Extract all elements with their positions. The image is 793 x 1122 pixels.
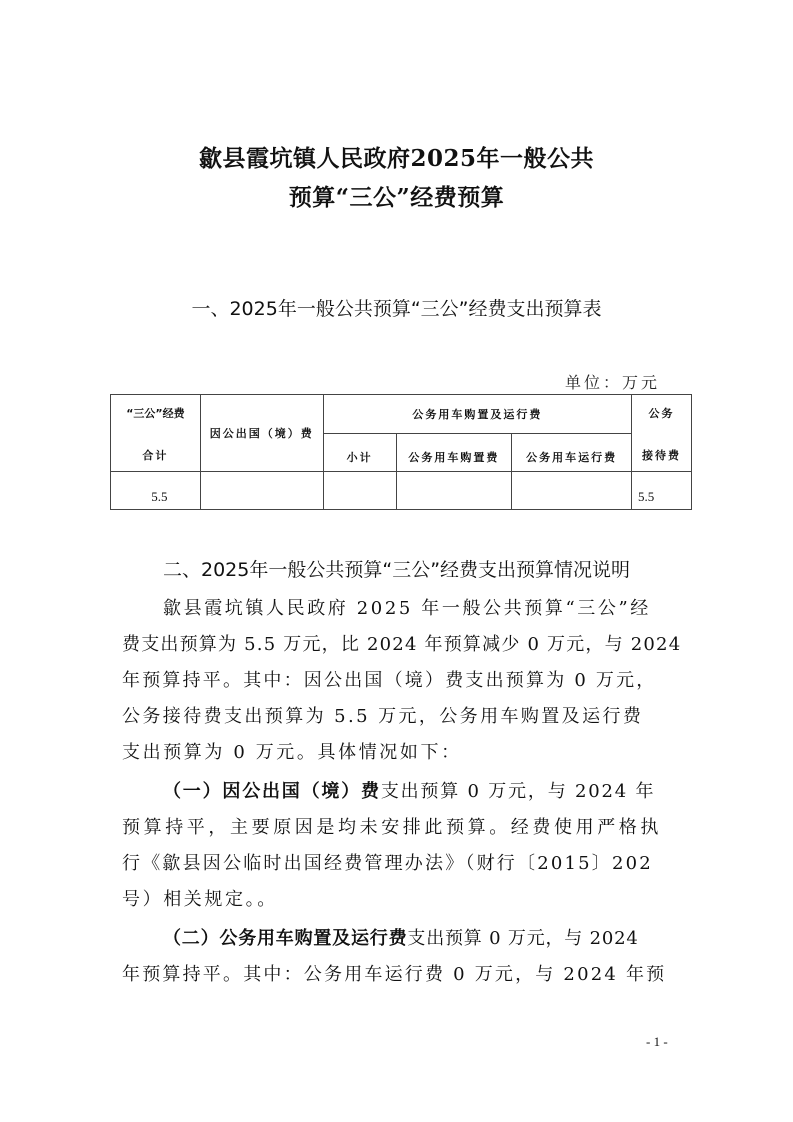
cell-overseas xyxy=(200,472,323,510)
item-1-line: （一）因公出国（境）费支出预算 0 万元，与 2024 年 xyxy=(163,777,678,803)
header-total-line1: “三公”经费 xyxy=(111,405,200,421)
table-row: 5.5 5.5 xyxy=(111,472,692,510)
body-line-7: 行《歙县因公临时出国经费管理办法》（财行〔2015〕202 xyxy=(122,849,678,875)
cell-vehicle-purchase xyxy=(396,472,512,510)
header-total: “三公”经费 合计 xyxy=(111,395,201,472)
cell-reception: 5.5 xyxy=(632,472,692,510)
header-overseas: 因公出国（境）费 xyxy=(200,395,323,472)
header-reception: 公务 接待费 xyxy=(632,395,692,472)
section-1-heading: 一、2025年一般公共预算“三公”经费支出预算表 xyxy=(0,294,793,321)
cell-subtotal xyxy=(323,472,396,510)
document-title-line-2: 预算“三公”经费预算 xyxy=(0,179,793,212)
unit-label: 单位：万元 xyxy=(565,370,660,393)
budget-table: “三公”经费 合计 因公出国（境）费 公务用车购置及运行费 公务 接待费 小计 … xyxy=(110,394,692,510)
body-line-5: 支出预算为 0 万元。具体情况如下： xyxy=(122,738,678,764)
item-2-text: 支出预算 0 万元，与 2024 xyxy=(407,928,638,949)
header-vehicle-group: 公务用车购置及运行费 xyxy=(323,395,631,434)
body-line-3: 年预算持平。其中：因公出国（境）费支出预算为 0 万元， xyxy=(122,666,678,692)
item-2-heading: （二）公务用车购置及运行费 xyxy=(163,928,407,949)
header-reception-line1: 公务 xyxy=(632,405,691,421)
body-line-6: 预算持平，主要原因是均未安排此预算。经费使用严格执 xyxy=(122,813,678,839)
body-line-9: 年预算持平。其中：公务用车运行费 0 万元，与 2024 年预 xyxy=(122,960,678,986)
header-subtotal: 小计 xyxy=(323,433,396,472)
header-total-line2: 合计 xyxy=(111,447,200,463)
cell-vehicle-operation xyxy=(512,472,632,510)
header-reception-line2: 接待费 xyxy=(632,447,691,463)
item-2-line: （二）公务用车购置及运行费支出预算 0 万元，与 2024 xyxy=(163,924,678,950)
header-vehicle-operation: 公务用车运行费 xyxy=(512,433,632,472)
body-line-1: 歙县霞坑镇人民政府 2025 年一般公共预算“三公”经 xyxy=(163,594,678,620)
item-1-heading: （一）因公出国（境）费 xyxy=(163,781,381,802)
section-2-heading: 二、2025年一般公共预算“三公”经费支出预算情况说明 xyxy=(163,555,630,582)
body-line-4: 公务接待费支出预算为 5.5 万元，公务用车购置及运行费 xyxy=(122,702,678,728)
body-line-8: 号）相关规定。。 xyxy=(122,885,678,911)
body-line-2: 费支出预算为 5.5 万元，比 2024 年预算减少 0 万元，与 2024 xyxy=(122,630,678,656)
item-1-text: 支出预算 0 万元，与 2024 年 xyxy=(381,781,656,802)
header-vehicle-purchase: 公务用车购置费 xyxy=(396,433,512,472)
page-number: - 1 - xyxy=(646,1034,668,1050)
cell-total: 5.5 xyxy=(111,472,201,510)
document-title-line-1: 歙县霞坑镇人民政府2025年一般公共 xyxy=(0,140,793,173)
